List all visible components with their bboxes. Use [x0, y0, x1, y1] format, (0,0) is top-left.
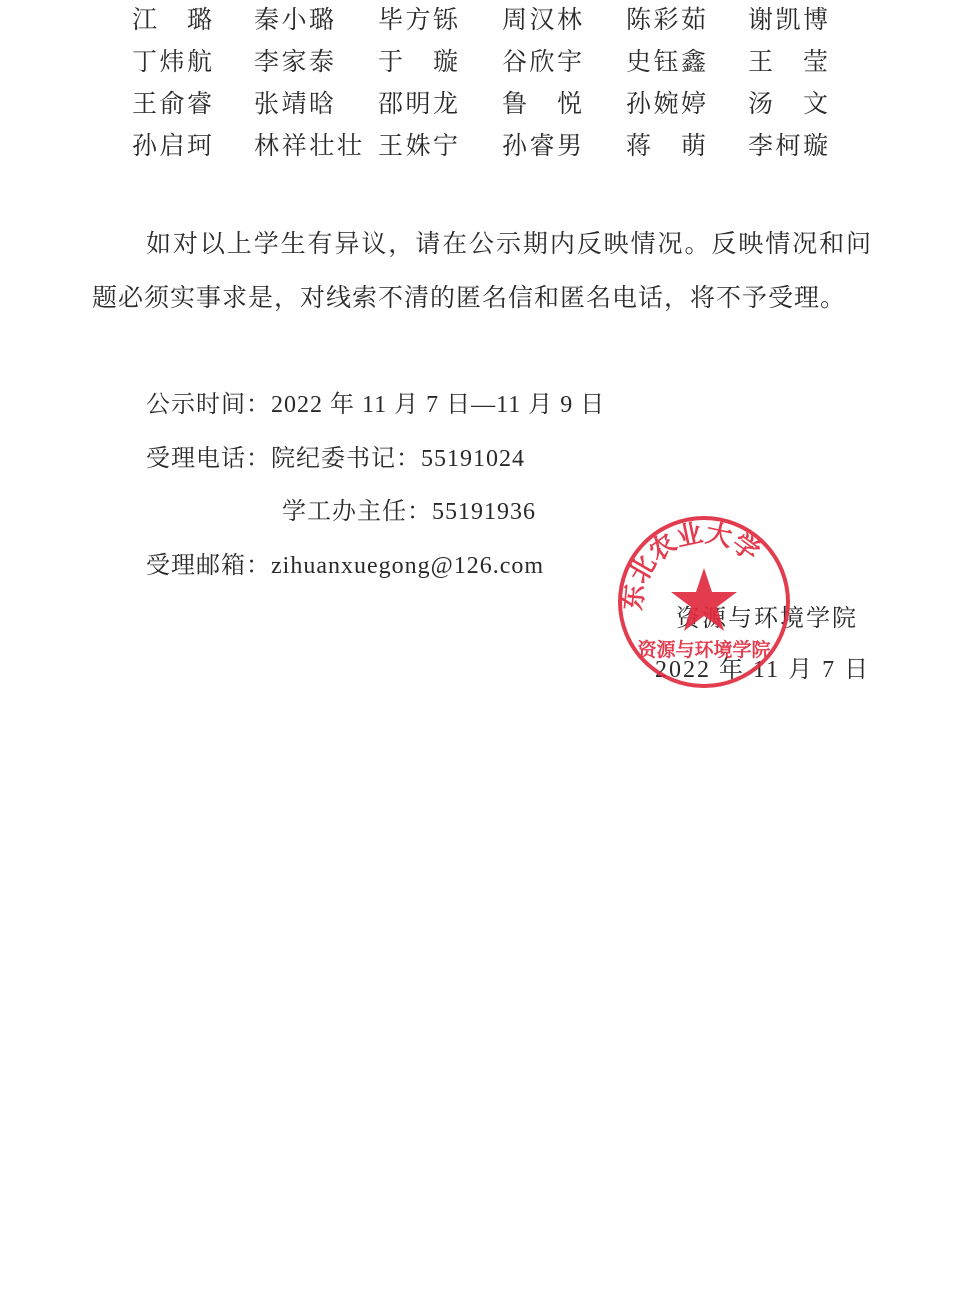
email-value[interactable]: zihuanxuegong@126.com [271, 553, 544, 579]
student-name: 史钰鑫 [626, 42, 706, 82]
student-name: 孙启珂 [132, 126, 212, 166]
student-name: 鲁悦 [502, 84, 582, 124]
student-name: 林祥壮壮 [254, 126, 362, 166]
student-name: 江璐 [132, 0, 212, 40]
student-name: 于璇 [378, 42, 458, 82]
name-row: 丁炜航李家泰于璇谷欣宇史钰鑫王莹 [0, 42, 957, 82]
student-name: 蒋萌 [626, 126, 706, 166]
email-line: 受理邮箱：zihuanxuegong@126.com [146, 545, 544, 586]
phone-line-1: 受理电话：院纪委书记：55191024 [146, 438, 525, 479]
student-name: 谢凯博 [748, 0, 828, 40]
phone-1-label: 院纪委书记： [271, 444, 421, 472]
phone-1-value: 55191024 [421, 446, 525, 472]
student-name: 张靖晗 [254, 84, 334, 124]
student-name: 王莹 [748, 42, 828, 82]
official-seal: 东北农业大学 资源与环境学院 [618, 516, 790, 688]
phone-2-value: 55191936 [432, 499, 536, 525]
student-name: 邵明龙 [378, 84, 458, 124]
student-name: 毕方铄 [378, 0, 458, 40]
student-name: 李柯璇 [748, 126, 828, 166]
name-row: 王俞睿张靖晗邵明龙鲁悦孙婉婷汤文 [0, 84, 957, 124]
notice-paragraph: 如对以上学生有异议，请在公示期内反映情况。反映情况和问题必须实事求是，对线索不清… [92, 217, 872, 325]
student-name: 汤文 [748, 84, 828, 124]
period-label: 公示时间： [146, 390, 271, 418]
student-name: 周汉林 [502, 0, 582, 40]
student-name: 李家泰 [254, 42, 334, 82]
publicity-period: 公示时间：2022 年 11 月 7 日—11 月 9 日 [146, 384, 605, 425]
email-label: 受理邮箱： [146, 551, 271, 579]
name-row: 孙启珂林祥壮壮王姝宁孙睿男蒋萌李柯璇 [0, 126, 957, 166]
student-name: 孙睿男 [502, 126, 582, 166]
student-name: 丁炜航 [132, 42, 212, 82]
svg-text:资源与环境学院: 资源与环境学院 [637, 638, 770, 661]
student-name: 孙婉婷 [626, 84, 706, 124]
phone-line-2: 学工办主任：55191936 [282, 491, 536, 532]
student-name: 陈彩茹 [626, 0, 706, 40]
student-name: 秦小璐 [254, 0, 334, 40]
seal-star-icon: 东北农业大学 资源与环境学院 [622, 520, 786, 684]
student-name: 王俞睿 [132, 84, 212, 124]
period-value: 2022 年 11 月 7 日—11 月 9 日 [271, 392, 605, 418]
phone-2-label: 学工办主任： [282, 497, 432, 525]
phone-label: 受理电话： [146, 444, 271, 472]
student-name: 王姝宁 [378, 126, 458, 166]
student-name: 谷欣宇 [502, 42, 582, 82]
name-row: 江璐秦小璐毕方铄周汉林陈彩茹谢凯博 [0, 0, 957, 40]
